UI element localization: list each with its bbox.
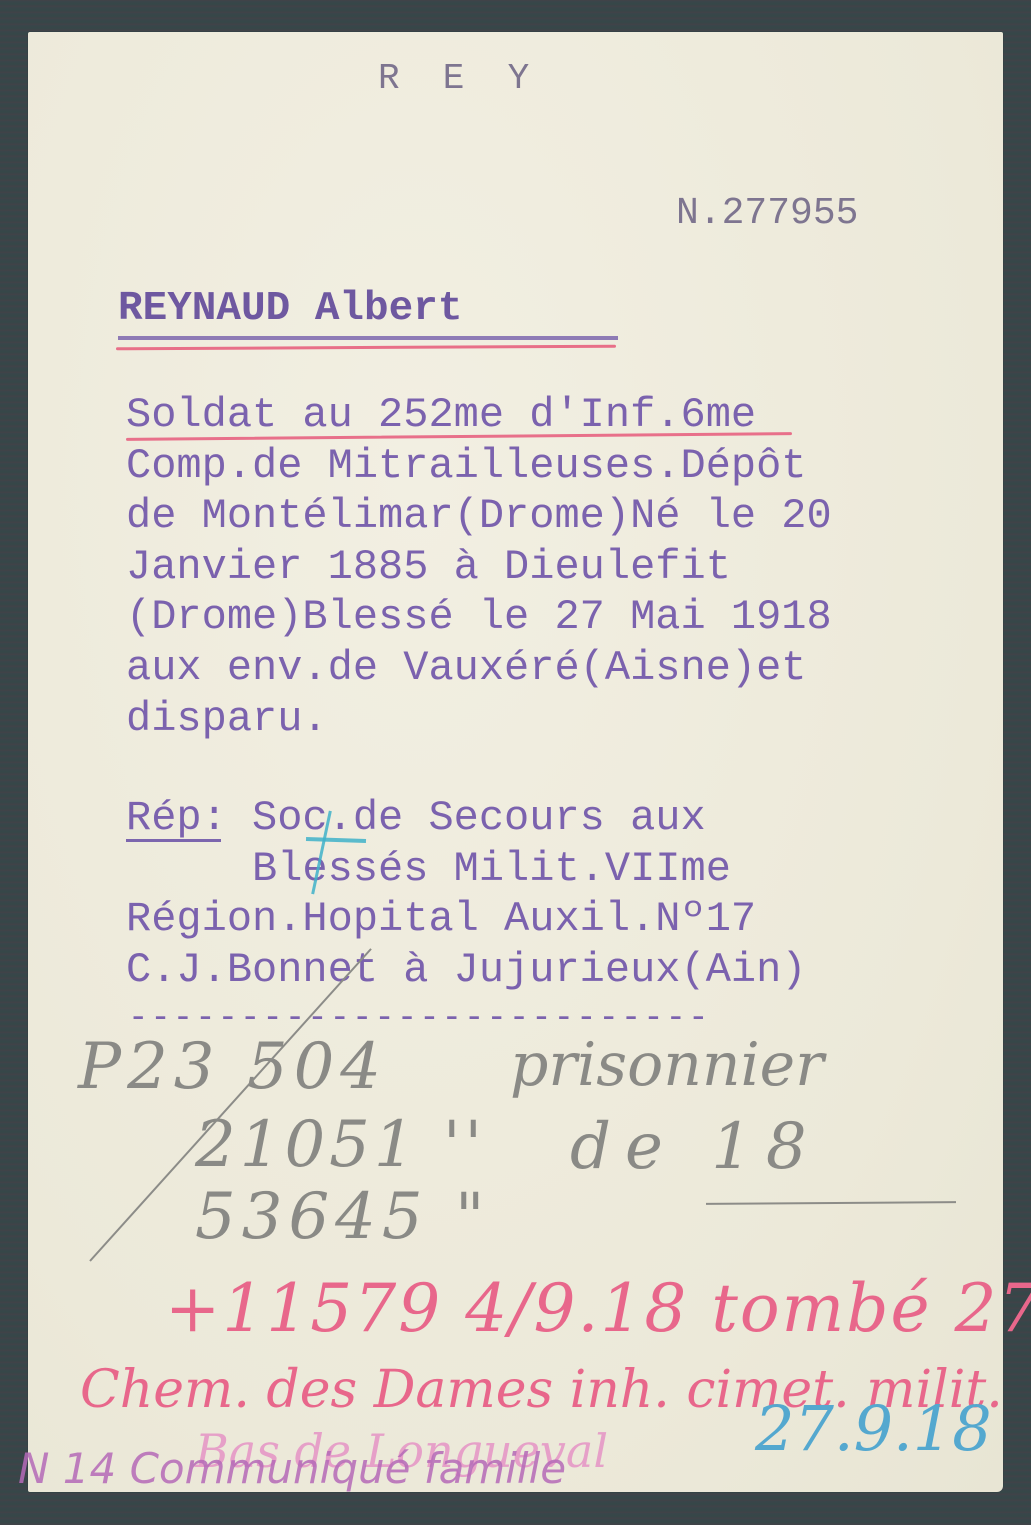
reference-number: N.277955 <box>676 192 858 235</box>
person-name: REYNAUD Albert <box>118 286 462 332</box>
blue-ink-date: 27.9.18 <box>755 1392 992 1465</box>
response-line: Rép: Soc.de Secours aux <box>126 793 807 844</box>
response-block: Rép: Soc.de Secours aux Blessés Milit.VI… <box>126 793 807 995</box>
body-line: Comp.de Mitrailleuses.Dépôt <box>126 441 832 492</box>
card-header: R E Y <box>378 58 529 99</box>
body-line: Janvier 1885 à Dieulefit <box>126 542 832 593</box>
pencil-note-1: P23 504 <box>78 1030 387 1104</box>
pencil-note-2: 21051 '' <box>195 1108 486 1182</box>
response-line: Blessés Milit.VIIme <box>126 844 807 895</box>
body-line: de Montélimar(Drome)Né le 20 <box>126 491 832 542</box>
body-line: aux env.de Vauxéré(Aisne)et <box>126 643 832 694</box>
red-ink-note-1: +11579 4/9.18 tombé 27.5.18 <box>165 1270 1031 1347</box>
rep-underline <box>126 839 221 842</box>
pencil-note-3: 53645 " <box>195 1180 490 1254</box>
record-body: Soldat au 252me d'Inf.6meComp.de Mitrail… <box>126 390 832 744</box>
response-line: Région.Hopital Auxil.Nº17 <box>126 894 807 945</box>
body-line: (Drome)Blessé le 27 Mai 1918 <box>126 592 832 643</box>
body-line: disparu. <box>126 694 832 745</box>
family-notified-stamp: N 14 Communiqué famille <box>18 1444 566 1493</box>
response-line: C.J.Bonnet à Jujurieux(Ain) <box>126 945 807 996</box>
name-underline <box>118 336 618 340</box>
pencil-de-18: de 18 <box>570 1110 821 1184</box>
pencil-prisoner-note: prisonnier <box>510 1030 824 1100</box>
